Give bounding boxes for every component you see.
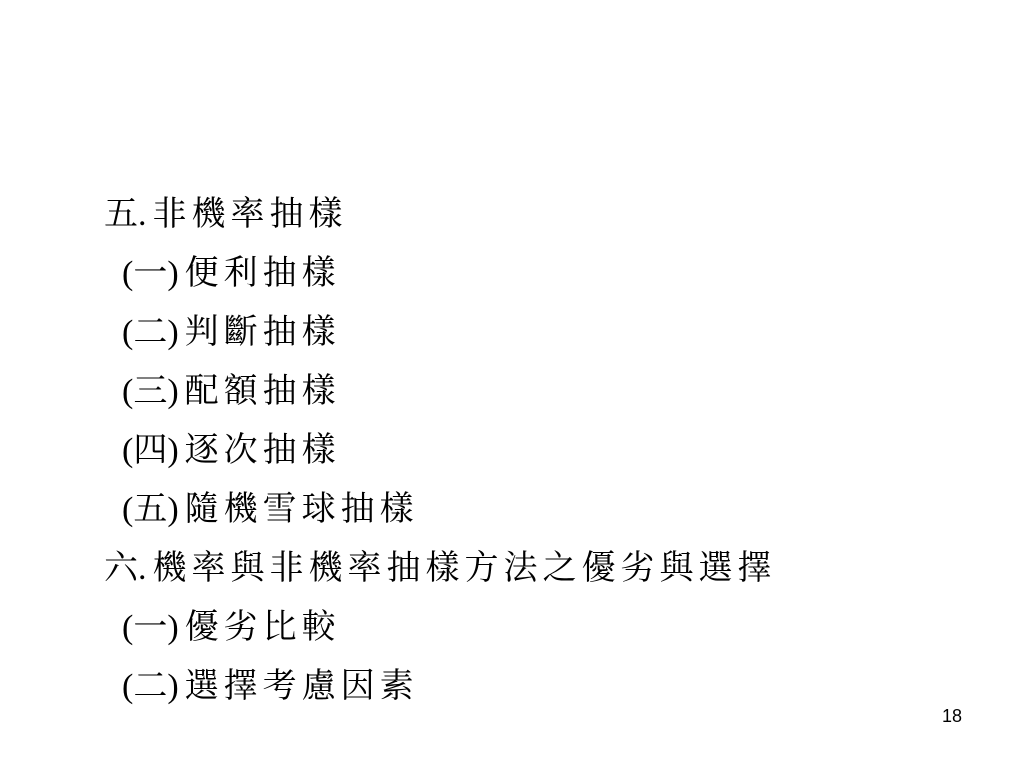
item-text: 配額抽樣 bbox=[185, 371, 341, 411]
outline-item-quota-sampling: (三)配額抽樣 bbox=[104, 364, 777, 423]
outline-item-comparison: (一)優劣比較 bbox=[104, 600, 777, 659]
item-marker: (一) bbox=[122, 609, 179, 646]
item-text: 判斷抽樣 bbox=[185, 312, 341, 352]
outline-item-judgment-sampling: (二)判斷抽樣 bbox=[104, 305, 777, 364]
item-marker: (一) bbox=[122, 255, 179, 292]
item-text: 隨機雪球抽樣 bbox=[185, 489, 419, 529]
page-number: 18 bbox=[942, 706, 962, 727]
outline-item-sequential-sampling: (四)逐次抽樣 bbox=[104, 423, 777, 482]
outline-item-section-5: 五.非機率抽樣 bbox=[104, 187, 777, 246]
item-text: 非機率抽樣 bbox=[153, 194, 348, 234]
item-text: 選擇考慮因素 bbox=[185, 666, 419, 706]
item-text: 優劣比較 bbox=[185, 607, 341, 647]
item-marker: (五) bbox=[122, 491, 179, 528]
slide: 五.非機率抽樣 (一)便利抽樣 (二)判斷抽樣 (三)配額抽樣 (四)逐次抽樣 … bbox=[0, 0, 1024, 768]
item-marker: 五. bbox=[104, 196, 147, 233]
outline-item-section-6: 六.機率與非機率抽樣方法之優劣與選擇 bbox=[104, 541, 777, 600]
outline-item-convenience-sampling: (一)便利抽樣 bbox=[104, 246, 777, 305]
outline-list: 五.非機率抽樣 (一)便利抽樣 (二)判斷抽樣 (三)配額抽樣 (四)逐次抽樣 … bbox=[104, 187, 777, 718]
item-text: 機率與非機率抽樣方法之優劣與選擇 bbox=[153, 548, 777, 588]
item-text: 便利抽樣 bbox=[185, 253, 341, 293]
item-marker: (三) bbox=[122, 373, 179, 410]
item-marker: (二) bbox=[122, 314, 179, 351]
item-text: 逐次抽樣 bbox=[185, 430, 341, 470]
item-marker: (二) bbox=[122, 668, 179, 705]
outline-item-selection-factors: (二)選擇考慮因素 bbox=[104, 659, 777, 718]
outline-item-snowball-sampling: (五)隨機雪球抽樣 bbox=[104, 482, 777, 541]
item-marker: (四) bbox=[122, 432, 179, 469]
item-marker: 六. bbox=[104, 550, 147, 587]
